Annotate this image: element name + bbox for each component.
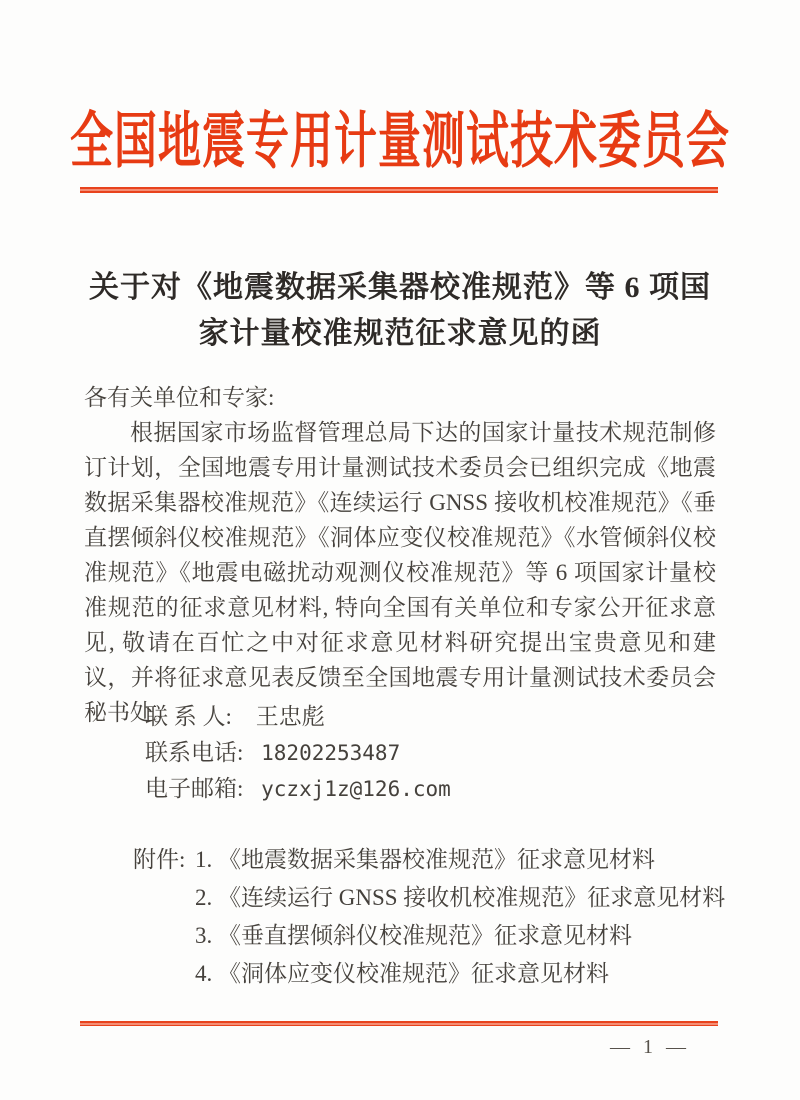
- attachments-label: 附件:: [133, 841, 195, 879]
- contact-email-row: 电子邮箱: yczxj1z@126.com: [145, 771, 451, 807]
- contact-email-value: yczxj1z@126.com: [261, 777, 451, 801]
- letterhead-divider: [80, 187, 718, 193]
- attachment-row: 4. 《洞体应变仪校准规范》征求意见材料: [133, 955, 725, 993]
- letter-body: 各有关单位和专家: 根据国家市场监督管理总局下达的国家计量技术规范制修订计划，全…: [84, 380, 716, 730]
- attachments-label-spacer: [133, 879, 195, 917]
- attachment-item-4: 4. 《洞体应变仪校准规范》征求意见材料: [195, 955, 609, 993]
- body-paragraph: 根据国家市场监督管理总局下达的国家计量技术规范制修订计划，全国地震专用计量测试技…: [84, 415, 716, 730]
- contact-person-row: 联 系 人: 王忠彪: [145, 699, 451, 735]
- attachments-label-spacer: [133, 955, 195, 993]
- footer-divider: [80, 1021, 718, 1026]
- contact-phone-row: 联系电话: 18202253487: [145, 735, 451, 771]
- attachment-row: 2. 《连续运行 GNSS 接收机校准规范》征求意见材料: [133, 879, 725, 917]
- contact-phone-value: 18202253487: [261, 741, 400, 765]
- contact-email-label: 电子邮箱:: [145, 771, 243, 807]
- attachment-row: 3. 《垂直摆倾斜仪校准规范》征求意见材料: [133, 917, 725, 955]
- document-page: 全国地震专用计量测试技术委员会 关于对《地震数据采集器校准规范》等 6 项国 家…: [0, 0, 800, 1100]
- salutation: 各有关单位和专家:: [84, 380, 716, 415]
- contact-person-value: 王忠彪: [256, 704, 325, 729]
- attachment-item-3: 3. 《垂直摆倾斜仪校准规范》征求意见材料: [195, 917, 632, 955]
- attachments-label-spacer: [133, 917, 195, 955]
- contact-phone-label: 联系电话:: [145, 735, 243, 771]
- attachments-block: 附件: 1. 《地震数据采集器校准规范》征求意见材料 2. 《连续运行 GNSS…: [133, 841, 725, 993]
- document-title: 关于对《地震数据采集器校准规范》等 6 项国 家计量校准规范征求意见的函: [84, 265, 716, 357]
- letterhead-title: 全国地震专用计量测试技术委员会: [0, 108, 800, 179]
- document-title-line1: 关于对《地震数据采集器校准规范》等 6 项国: [89, 271, 711, 304]
- attachment-item-1: 1. 《地震数据采集器校准规范》征求意见材料: [195, 841, 655, 879]
- document-title-line2: 家计量校准规范征求意见的函: [199, 317, 602, 350]
- page-number: — 1 —: [610, 1036, 690, 1059]
- contact-block: 联 系 人: 王忠彪 联系电话: 18202253487 电子邮箱: yczxj…: [145, 699, 451, 807]
- attachment-item-2: 2. 《连续运行 GNSS 接收机校准规范》征求意见材料: [195, 879, 725, 917]
- attachment-row: 附件: 1. 《地震数据采集器校准规范》征求意见材料: [133, 841, 725, 879]
- contact-person-label: 联 系 人:: [145, 699, 238, 735]
